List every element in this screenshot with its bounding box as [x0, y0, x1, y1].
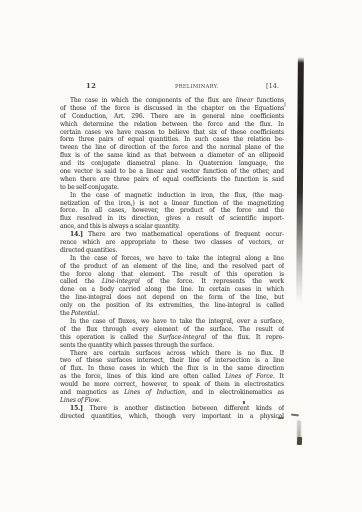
plain-text: of the product of an element of the line… — [60, 263, 284, 270]
paragraph: In the case of fluxes, we have to take t… — [60, 318, 284, 350]
text-line: flux is of the same kind as that between… — [60, 152, 284, 160]
italic-text: Lines of Force — [225, 373, 273, 380]
text-line: called the Line-integral of the force. I… — [60, 278, 284, 286]
text-line: rence which are appropriate to these two… — [60, 239, 284, 247]
text-line: certain cases we have reason to believe … — [60, 129, 284, 137]
text-line: done on a body carried along the line. I… — [60, 286, 284, 294]
plain-text: to be self-conjugate. — [60, 184, 119, 191]
paragraph: There are certain surfaces across which … — [60, 350, 284, 405]
plain-text: and its conjugate diametral plane. In Qu… — [60, 160, 284, 167]
plain-text: directed quantities. — [60, 247, 117, 254]
plain-text: . — [99, 397, 101, 404]
plain-text: of the flux. It repre- — [206, 334, 284, 341]
text-line: directed quantities, which, though very … — [60, 413, 284, 421]
plain-text: the — [60, 310, 71, 317]
text-line: flux resolved in its direction, gives a … — [60, 215, 284, 223]
paragraph: In the case of magnetic induction in iro… — [60, 192, 284, 231]
text-line: and its conjugate diametral plane. In Qu… — [60, 160, 284, 168]
page-body-text: The case in which the components of the … — [60, 97, 284, 421]
scan-gutter-shadow — [296, 57, 304, 303]
text-line: as the force, lines of this kind are oft… — [60, 373, 284, 381]
running-head-title: PRELIMINARY. — [175, 84, 218, 90]
text-line: The case in which the components of the … — [60, 97, 284, 105]
paragraph: 14.] There are two mathematical operatio… — [60, 231, 284, 255]
plain-text: In the case of fluxes, we have to take t… — [70, 318, 284, 325]
plain-text: of the force. It represents the work — [140, 278, 284, 285]
scan-ink-dot — [284, 102, 286, 107]
plain-text: of those of the force is discussed in th… — [60, 105, 284, 112]
plain-text: one vector is said to be a linear and ve… — [60, 168, 284, 175]
plain-text: and magnetics as — [60, 389, 124, 396]
text-line: In the case of magnetic induction in iro… — [60, 192, 284, 200]
bold-text: 14.] — [70, 231, 83, 238]
text-line: the Potential. — [60, 310, 284, 318]
plain-text: . — [97, 310, 99, 317]
text-line: Lines of Flow. — [60, 397, 284, 405]
plain-text: the line-integral does not depend on the… — [60, 294, 284, 301]
plain-text: would be more correct, however, to speak… — [60, 381, 284, 388]
text-line: which determine the relation between the… — [60, 121, 284, 129]
text-line: In the case of forces, we have to take t… — [60, 255, 284, 263]
italic-text: Surface-integral — [158, 334, 206, 341]
text-line: only on the position of its extremities,… — [60, 302, 284, 310]
text-line: two of these surfaces intersect, their l… — [60, 357, 284, 365]
plain-text: There are two mathematical operations of… — [83, 231, 284, 238]
paragraph: In the case of forces, we have to take t… — [60, 255, 284, 318]
plain-text: functions — [253, 97, 284, 104]
paragraph: The case in which the components of the … — [60, 97, 284, 192]
plain-text: There is another distinction between dif… — [83, 405, 284, 412]
text-line: the line-integral does not depend on the… — [60, 294, 284, 302]
italic-text: linear — [236, 97, 253, 104]
plain-text: ance, and this is always a scalar quanti… — [60, 223, 180, 230]
text-line: 15.] There is another distinction betwee… — [60, 405, 284, 413]
plain-text: netization of the iron,) is not a linear… — [60, 200, 284, 207]
text-line: of those of the force is discussed in th… — [60, 105, 284, 113]
text-line: 14.] There are two mathematical operatio… — [60, 231, 284, 239]
plain-text: of the flux through every element of the… — [60, 326, 284, 333]
bold-text: 15.] — [70, 405, 83, 412]
plain-text: There are certain surfaces across which … — [70, 350, 284, 357]
plain-text: the force along that element. The result… — [60, 271, 284, 278]
text-line: In the case of fluxes, we have to take t… — [60, 318, 284, 326]
plain-text: force. In all cases, however, the produc… — [60, 207, 284, 214]
text-line: directed quantities. — [60, 247, 284, 255]
text-line: netization of the iron,) is not a linear… — [60, 200, 284, 208]
text-line: and magnetics as Lines of Induction, and… — [60, 389, 284, 397]
plain-text: form three pairs of equal quantities. In… — [60, 136, 284, 143]
plain-text: two of these surfaces intersect, their l… — [60, 357, 284, 364]
text-line: of the product of an element of the line… — [60, 263, 284, 271]
paragraph: 15.] There is another distinction betwee… — [60, 405, 284, 421]
text-line: ance, and this is always a scalar quanti… — [60, 223, 284, 231]
plain-text: sents the quantity which passes through … — [60, 342, 214, 349]
plain-text: In the case of forces, we have to take t… — [70, 255, 284, 262]
text-line: of the flux through every element of the… — [60, 326, 284, 334]
plain-text: flux is of the same kind as that between… — [60, 152, 284, 159]
plain-text: , and in electrokinematics as — [185, 389, 284, 396]
text-line: sents the quantity which passes through … — [60, 342, 284, 350]
plain-text: as the force, lines of this kind are oft… — [60, 373, 225, 380]
page-number: 12 — [86, 82, 96, 90]
scan-ink-speck — [291, 413, 299, 416]
scan-ink-blob — [297, 437, 302, 445]
plain-text: when there are three pairs of equal coef… — [60, 176, 284, 183]
plain-text: only on the position of its extremities,… — [60, 302, 284, 309]
plain-text: of flux. In those cases in which the flu… — [60, 365, 284, 372]
italic-text: Lines of Flow — [60, 397, 99, 404]
text-line: tween the line of direction of the force… — [60, 144, 284, 152]
scan-ink-dot — [243, 401, 245, 404]
italic-text: Potential — [71, 310, 97, 317]
plain-text: flux resolved in its direction, gives a … — [60, 215, 284, 222]
article-number-marker: [14. — [266, 82, 279, 90]
plain-text: done on a body carried along the line. I… — [60, 286, 284, 293]
scanned-book-page: 12 PRELIMINARY. [14. The case in which t… — [0, 0, 362, 512]
plain-text: tween the line of direction of the force… — [60, 144, 284, 151]
text-line: form three pairs of equal quantities. In… — [60, 136, 284, 144]
text-line: of Conduction, Art. 296. There are in ge… — [60, 113, 284, 121]
text-line: would be more correct, however, to speak… — [60, 381, 284, 389]
plain-text: In the case of magnetic induction in iro… — [70, 192, 284, 199]
plain-text: certain cases we have reason to believe … — [60, 129, 284, 136]
text-line: There are certain surfaces across which … — [60, 350, 284, 358]
text-line: when there are three pairs of equal coef… — [60, 176, 284, 184]
text-line: this operation is called the Surface-int… — [60, 334, 284, 342]
italic-text: Lines of Induction — [124, 389, 185, 396]
plain-text: this operation is called the — [60, 334, 158, 341]
text-line: force. In all cases, however, the produc… — [60, 207, 284, 215]
text-line: one vector is said to be a linear and ve… — [60, 168, 284, 176]
italic-text: Line-integral — [102, 278, 140, 285]
plain-text: directed quantities, which, though very … — [60, 413, 284, 420]
plain-text: called the — [60, 278, 102, 285]
plain-text: The case in which the components of the … — [70, 97, 236, 104]
text-line: to be self-conjugate. — [60, 184, 284, 192]
text-line: the force along that element. The result… — [60, 271, 284, 279]
plain-text: . It — [273, 373, 284, 380]
text-line: of flux. In those cases in which the flu… — [60, 365, 284, 373]
plain-text: rence which are appropriate to these two… — [60, 239, 284, 246]
plain-text: which determine the relation between the… — [60, 121, 284, 128]
plain-text: of Conduction, Art. 296. There are in ge… — [60, 113, 284, 120]
